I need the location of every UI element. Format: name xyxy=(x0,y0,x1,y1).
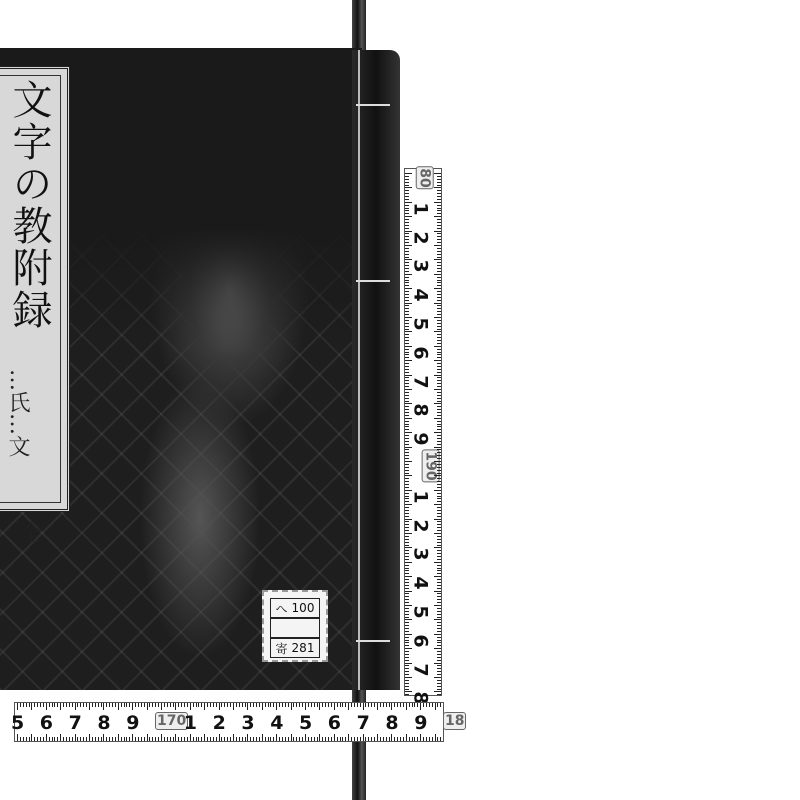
ruler-number: 8 xyxy=(385,712,398,734)
ruler-number: 9 xyxy=(126,712,139,734)
binding-thread xyxy=(356,280,390,282)
label-top-number: 100 xyxy=(292,601,315,615)
ruler-number: 4 xyxy=(270,712,283,734)
ruler-number: 1 xyxy=(184,712,197,734)
label-bottom-prefix: 寄 xyxy=(276,640,288,657)
label-row-bottom: 寄 281 xyxy=(270,638,320,658)
spine-edge-line xyxy=(358,50,360,690)
ruler-number: 2 xyxy=(213,712,226,734)
ruler-number: 6 xyxy=(328,712,341,734)
ruler-number: 5 xyxy=(410,605,432,618)
label-row-top: へ 100 xyxy=(270,598,320,618)
book-title: 文字の教附録 xyxy=(4,79,54,331)
ruler-number: 7 xyxy=(410,375,432,388)
ruler-mark: 80 xyxy=(416,166,434,189)
ruler-number: 18 xyxy=(443,712,466,730)
vertical-scale-ruler: 8012345678919012345678 xyxy=(404,168,442,696)
ruler-number: 4 xyxy=(410,577,432,590)
ruler-number: 3 xyxy=(241,712,254,734)
ruler-number: 9 xyxy=(414,712,427,734)
ruler-number: 5 xyxy=(410,317,432,330)
ruler-number: 8 xyxy=(410,404,432,417)
ruler-number: 5 xyxy=(299,712,312,734)
binding-thread xyxy=(356,104,390,106)
ruler-number: 3 xyxy=(410,260,432,273)
label-row-middle xyxy=(270,618,320,638)
book-spine xyxy=(352,50,400,690)
ruler-number: 4 xyxy=(410,289,432,302)
ruler-number: 2 xyxy=(410,231,432,244)
ruler-number: 6 xyxy=(410,634,432,647)
ruler-number: 1 xyxy=(410,490,432,503)
ruler-number: 1 xyxy=(410,202,432,215)
horizontal-scale-ruler: 5678917012345678918 xyxy=(14,702,444,742)
book-subtitle: …氏…文 xyxy=(2,369,33,457)
ruler-number: 5 xyxy=(11,712,24,734)
label-top-prefix: へ xyxy=(276,600,288,617)
volume-mark: 全 xyxy=(20,517,42,548)
ruler-number: 6 xyxy=(40,712,53,734)
title-slip: 文字の教附録 …氏…文 全 xyxy=(0,66,70,512)
ruler-number: 9 xyxy=(410,433,432,446)
ruler-number: 6 xyxy=(410,346,432,359)
catalogue-label: へ 100 寄 281 xyxy=(262,590,328,662)
binding-thread xyxy=(356,640,390,642)
label-bottom-number: 281 xyxy=(292,641,315,655)
ruler-number: 3 xyxy=(410,548,432,561)
ruler-number: 2 xyxy=(410,519,432,532)
ruler-number: 7 xyxy=(69,712,82,734)
ruler-number: 8 xyxy=(97,712,110,734)
ruler-number: 7 xyxy=(357,712,370,734)
ruler-number: 7 xyxy=(410,663,432,676)
